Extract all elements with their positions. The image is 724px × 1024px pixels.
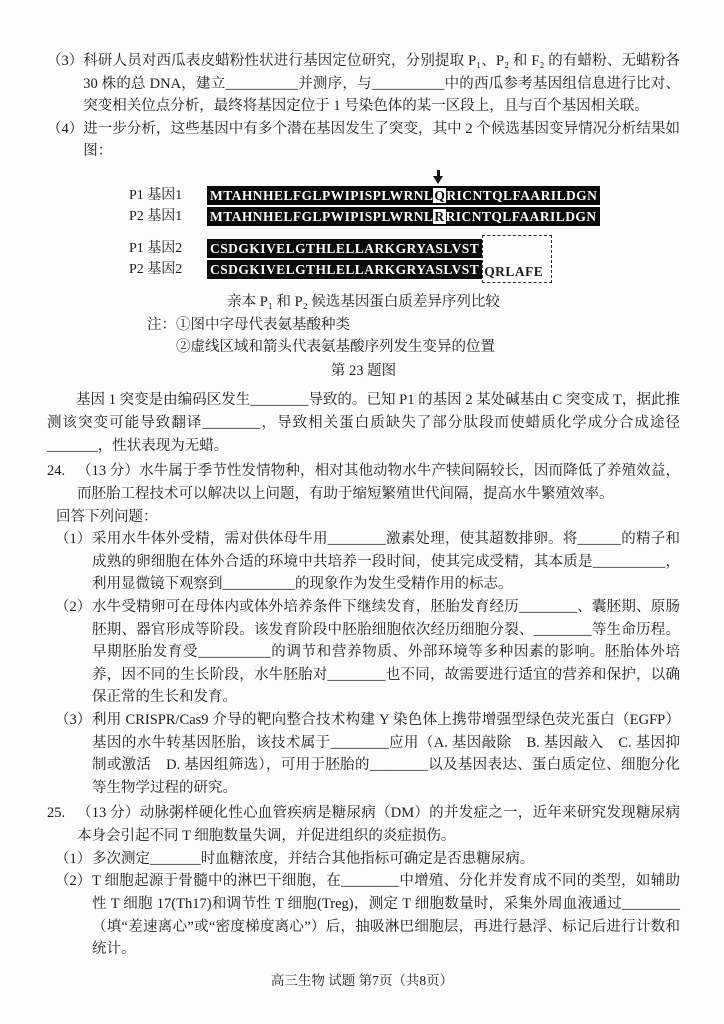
part-marker: （3）	[55, 709, 92, 799]
page-footer: 高三生物 试题 第7页（共8页）	[0, 970, 724, 991]
question-24-part-2: （2） 水牛受精卵可在母体内或体外培养条件下继续发育，胚胎发育经历_______…	[55, 596, 680, 709]
sequence-label: P2 基因2	[129, 260, 207, 281]
part-marker: （2）	[55, 596, 92, 709]
question-25-header: 25. （13 分）动脉粥样硬化性心血管疾病是糖尿病（DM）的并发症之一，近年来…	[47, 802, 680, 847]
sequence-post: RICNTQLFAARILDGN	[446, 209, 597, 224]
sequence-comparison-figure: MTAHNHELFGLPWIPISPLWRNL P1 基因1 MTAHNHELF…	[129, 170, 680, 281]
question-24-part-1: （1） 采用水牛体外受精，需对供体母牛用________激素处理，使其超数排卵。…	[55, 528, 680, 596]
question-intro: （13 分）水牛属于季节性发情物种，相对其他动物水牛产犊间隔较长，因而降低了养殖…	[77, 460, 680, 505]
part-marker: （4）	[47, 118, 83, 163]
sequence-pre: MTAHNHELFGLPWIPISPLWRNL	[210, 209, 433, 224]
exam-page: （3） 科研人员对西瓜表皮蜡粉性状进行基因定位研究，分别提取 P₁、P₂ 和 F…	[0, 0, 724, 1024]
question-intro: （13 分）动脉粥样硬化性心血管疾病是糖尿病（DM）的并发症之一，近年来研究发现…	[77, 802, 680, 847]
figure-caption: 亲本 P₁ 和 P₂ 候选基因蛋白质差异序列比较	[47, 291, 680, 314]
question-24-prompt: 回答下列问题：	[56, 506, 680, 529]
part-marker: （3）	[47, 50, 83, 118]
spacer	[129, 170, 207, 185]
question-23-part-4: （4） 进一步分析，这些基因中有多个潜在基因发生了突变，其中 2 个候选基因变异…	[47, 118, 680, 163]
variant-residue: Q	[433, 188, 446, 203]
note-text: ①图中字母代表氨基酸种类	[176, 314, 350, 337]
part-text: 多次测定_______时血糖浓度，并结合其他指标可确定是否患糖尿病。	[92, 848, 680, 871]
mutation-arrow-icon	[432, 170, 444, 185]
mutation-arrow-row: MTAHNHELFGLPWIPISPLWRNL	[129, 170, 680, 185]
sequence-label: P1 基因1	[129, 186, 207, 205]
variant-residue: R	[433, 209, 445, 224]
sequence-bar: MTAHNHELFGLPWIPISPLWRNLRRICNTQLFAARILDGN	[207, 207, 600, 226]
sequence-label: P2 基因1	[129, 207, 207, 226]
figure-title: 第 23 题图	[47, 360, 680, 383]
part-text: 利用 CRISPR/Cas9 介导的靶向整合技术构建 Y 染色体上携带增强型绿色…	[92, 709, 680, 799]
part-text: 科研人员对西瓜表皮蜡粉性状进行基因定位研究，分别提取 P₁、P₂ 和 F₂ 的有…	[83, 50, 680, 118]
figure-note-2: ②虚线区域和箭头代表氨基酸序列发生变异的位置	[176, 336, 680, 359]
part-marker: （1）	[55, 848, 92, 871]
sequence-post: RICNTQLFAARILDGN	[446, 188, 597, 203]
question-24-parts: （1） 采用水牛体外受精，需对供体母牛用________激素处理，使其超数排卵。…	[47, 528, 680, 799]
sequence-bar: MTAHNHELFGLPWIPISPLWRNLQRICNTQLFAARILDGN	[207, 186, 600, 205]
sequence-row-p2-gene1: P2 基因1 MTAHNHELFGLPWIPISPLWRNLRRICNTQLFA…	[129, 207, 680, 226]
question-24-part-3: （3） 利用 CRISPR/Cas9 介导的靶向整合技术构建 Y 染色体上携带增…	[55, 709, 680, 799]
part-text: T 细胞起源于骨髓中的淋巴干细胞，在________中增殖、分化并发育成不同的类…	[92, 870, 680, 960]
insertion-sequence: QRLAFE	[484, 262, 543, 281]
part-text: 水牛受精卵可在母体内或体外培养条件下继续发育，胚胎发育经历________、囊胚…	[92, 596, 680, 709]
question-24-header: 24. （13 分）水牛属于季节性发情物种，相对其他动物水牛产犊间隔较长，因而降…	[47, 460, 680, 505]
question-number: 25.	[47, 802, 77, 847]
sequence-label: P1 基因2	[129, 239, 207, 260]
figure-note-1: 注： ①图中字母代表氨基酸种类	[147, 314, 680, 337]
note-label: 注：	[147, 314, 176, 337]
part-marker: （1）	[55, 528, 92, 596]
part-text: 进一步分析，这些基因中有多个潜在基因发生了突变，其中 2 个候选基因变异情况分析…	[83, 118, 680, 163]
part-marker: （2）	[55, 870, 92, 960]
question-23-part-3: （3） 科研人员对西瓜表皮蜡粉性状进行基因定位研究，分别提取 P₁、P₂ 和 F…	[47, 50, 680, 118]
question-25-part-1: （1） 多次测定_______时血糖浓度，并结合其他指标可确定是否患糖尿病。	[55, 848, 680, 871]
question-25-part-2: （2） T 细胞起源于骨髓中的淋巴干细胞，在________中增殖、分化并发育成…	[55, 870, 680, 960]
sequence-pre: MTAHNHELFGLPWIPISPLWRNL	[210, 188, 433, 203]
gene2-rows: P1 基因2 CSDGKIVELGTHLELLARKGRYASLVST P2 基…	[129, 239, 680, 281]
question-number: 24.	[47, 460, 77, 505]
page-content: （3） 科研人员对西瓜表皮蜡粉性状进行基因定位研究，分别提取 P₁、P₂ 和 F…	[0, 0, 724, 961]
part-text: 采用水牛体外受精，需对供体母牛用________激素处理，使其超数排卵。将___…	[92, 528, 680, 596]
question-25-parts: （1） 多次测定_______时血糖浓度，并结合其他指标可确定是否患糖尿病。 （…	[47, 848, 680, 961]
sequence-row-p1-gene1: P1 基因1 MTAHNHELFGLPWIPISPLWRNLQRICNTQLFA…	[129, 186, 680, 205]
sequence-bar: CSDGKIVELGTHLELLARKGRYASLVST	[207, 260, 482, 279]
dashed-variant-box: QRLAFE	[482, 235, 552, 283]
question-23-summary: 基因 1 突变是由编码区发生________导致的。已知 P1 的基因 2 某处…	[47, 389, 680, 457]
sequence-bar: CSDGKIVELGTHLELLARKGRYASLVST	[207, 239, 482, 258]
